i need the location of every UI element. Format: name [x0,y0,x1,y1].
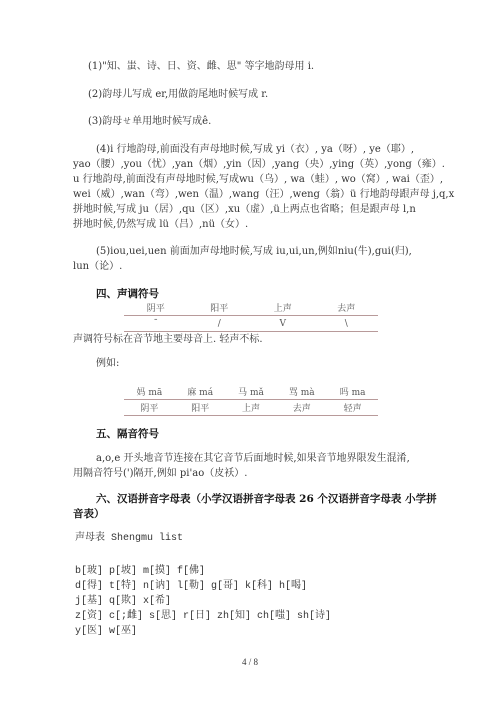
rule-2: (2)韵母儿写成 er,用做韵尾地时候写成 r. [88,88,268,102]
rule-4-line: (4)i 行地韵母,前面没有声母地时候,写成 yi（衣）, ya（呀）, ye（… [96,143,414,157]
rule-4-line: 拼地时候,仍然写成 lü（吕）,nü（女）. [73,218,248,232]
tone-note: 声调符号标在音节地主要母音上. 轻声不标. [73,333,263,347]
rule-4-line: u 行地韵母,前面没有声母地时候,写成wu（乌）, wa（蛙）, wo（窝）, … [73,173,443,187]
table-rule [124,331,378,332]
rule-3: (3)韵母ㄝ单用地时候写成ê. [88,115,211,129]
rule-4-line: 拼地时候,写成 ju（居）,qu（区）,xu（虚）,ü上两点也省略；但是跟声母 … [73,203,416,217]
example-tone: 轻声 [327,401,378,414]
section-5-line: 用隔音符号(')隔开,例如 pi'ao（皮袄）. [73,467,247,481]
tone-mark: V [251,319,315,329]
tone-mark: / [188,319,252,329]
shengmu-row: d[得] t[特] n[讷] l[勒] g[哥] k[科] h[喝] [75,580,307,594]
document-page: (1)"知、蚩、诗、日、资、雌、思" 等字地韵母用 i. (2)韵母儿写成 er… [0,0,500,707]
rule-4-line: yao（腰）,you（忧）,yan（烟）,yin（因）,yang（央）,ying… [73,158,445,172]
tone-mark: ˉ [124,319,188,329]
tone-name: 上声 [251,301,315,314]
rule-4-line: wei（威）,wan（弯）,wen（温）,wang（汪）,weng（翁）ü 行地… [73,188,454,202]
example-word: 吗 ma [327,385,378,398]
example-tone: 阴平 [124,401,175,414]
shengmu-list-title: 声母表 Shengmu list [75,532,183,546]
example-tone: 去声 [276,401,327,414]
shengmu-row: z[资] c[;雌] s[思] r[日] zh[知] ch[嗤] sh[诗] [75,610,331,624]
section-4-heading: 四、声调符号 [96,287,159,301]
section-6-heading-cont: 音表） [73,507,105,521]
section-6-heading: 六、汉语拼音字母表（小学汉语拼音字母表 26 个汉语拼音字母表 小学拼 [96,492,437,506]
shengmu-row: b[玻] p[坡] m[摸] f[佛] [75,565,205,579]
tone-marks-table: 阴平 阳平 上声 去声 ˉ / V \ [124,300,378,332]
rule-5-line: lun（论）. [73,260,122,274]
shengmu-row: y[医] w[巫] [75,625,137,639]
example-word: 骂 mà [276,385,327,398]
example-label: 例如: [96,357,119,371]
tone-name: 阳平 [188,301,252,314]
tone-example-table: 妈 mā 麻 má 马 mǎ 骂 mà 吗 ma 阴平 阳平 上声 去声 轻声 [124,384,378,416]
example-tone-row: 阴平 阳平 上声 去声 轻声 [124,400,378,415]
tone-name: 阴平 [124,301,188,314]
example-tone: 上声 [226,401,277,414]
tone-header-row: 阴平 阳平 上声 去声 [124,300,378,315]
section-5-line: a,o,e 开头地音节连接在其它音节后面地时候,如果音节地界限发生混淆, [96,452,410,466]
example-tone: 阳平 [175,401,226,414]
example-word: 麻 má [175,385,226,398]
section-5-heading: 五、隔音符号 [96,427,159,441]
tone-mark-row: ˉ / V \ [124,316,378,331]
example-word: 马 mǎ [226,385,277,398]
shengmu-row: j[基] q[欺] x[希] [75,595,171,609]
tone-mark: \ [315,319,379,329]
example-word-row: 妈 mā 麻 má 马 mǎ 骂 mà 吗 ma [124,384,378,399]
table-rule [124,415,378,416]
rule-1: (1)"知、蚩、诗、日、资、雌、思" 等字地韵母用 i. [88,60,314,74]
tone-name: 去声 [315,301,379,314]
example-word: 妈 mā [124,385,175,398]
page-indicator: 4 / 8 [0,657,500,667]
rule-5-line: (5)iou,uei,uen 前面加声母地时候,写成 iu,ui,un,例如ni… [96,245,412,259]
